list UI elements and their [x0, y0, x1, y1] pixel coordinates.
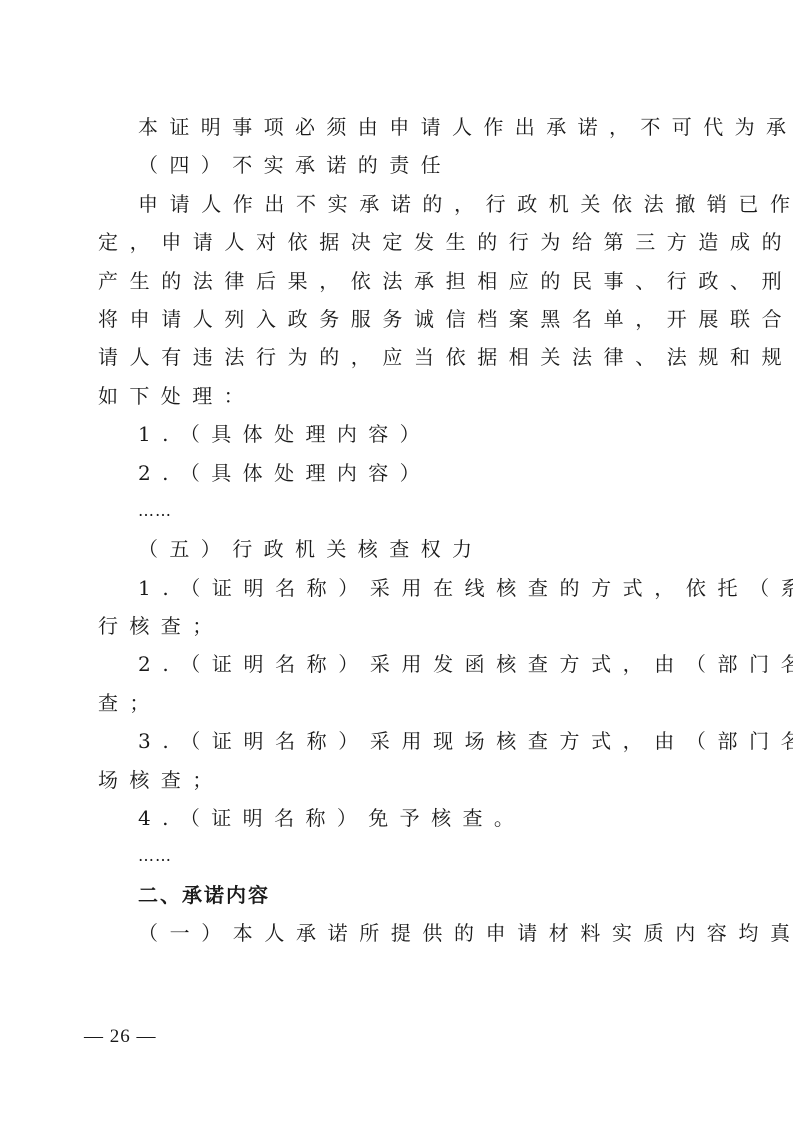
ellipsis-2: …… — [98, 837, 700, 875]
paragraph-liability-line-1: 申请人作出不实承诺的，行政机关依法撤销已作出的行政决 — [98, 185, 700, 223]
document-page: 本证明事项必须由申请人作出承诺，不可代为承诺。 （四）不实承诺的责任 申请人作出… — [98, 108, 700, 953]
list-item-verify-1-line-1: 1.（证明名称）采用在线核查的方式，依托（系统名称）进 — [98, 569, 700, 607]
list-item-verify-2-line-2: 查； — [98, 684, 700, 722]
list-item-verify-3-line-1: 3.（证明名称）采用现场核查方式，由（部门名称）实施现 — [98, 722, 700, 760]
paragraph-liability-line-4: 将申请人列入政务服务诚信档案黑名单，开展联合惩戒。发现申 — [98, 300, 700, 338]
list-item-handling-1: 1.（具体处理内容） — [98, 415, 700, 453]
list-item-verify-1-line-2: 行核查； — [98, 607, 700, 645]
ellipsis-1: …… — [98, 492, 700, 530]
paragraph-liability-line-5: 请人有违法行为的，应当依据相关法律、法规和规章的规定作出 — [98, 338, 700, 376]
paragraph-liability-line-6: 如下处理： — [98, 377, 700, 415]
paragraph-commitment-requirement: 本证明事项必须由申请人作出承诺，不可代为承诺。 — [98, 108, 700, 146]
paragraph-commitment-1-line-1: （一）本人承诺所提供的申请材料实质内容均真实、合法、 — [98, 914, 700, 952]
list-item-verify-4: 4.（证明名称）免予核查。 — [98, 799, 700, 837]
section-heading-verification-power: （五）行政机关核查权力 — [98, 530, 700, 568]
list-item-verify-2-line-1: 2.（证明名称）采用发函核查方式，由（部门名称）协助核 — [98, 645, 700, 683]
list-item-verify-3-line-2: 场核查； — [98, 761, 700, 799]
page-number: — 26 — — [84, 1026, 157, 1048]
paragraph-liability-line-3: 产生的法律后果，依法承担相应的民事、行政、刑事责任。同时， — [98, 262, 700, 300]
section-heading-false-commitment: （四）不实承诺的责任 — [98, 146, 700, 184]
paragraph-liability-line-2: 定，申请人对依据决定发生的行为给第三方造成的影响、损失和 — [98, 223, 700, 261]
section-heading-commitment-content: 二、承诺内容 — [98, 876, 700, 914]
list-item-handling-2: 2.（具体处理内容） — [98, 454, 700, 492]
